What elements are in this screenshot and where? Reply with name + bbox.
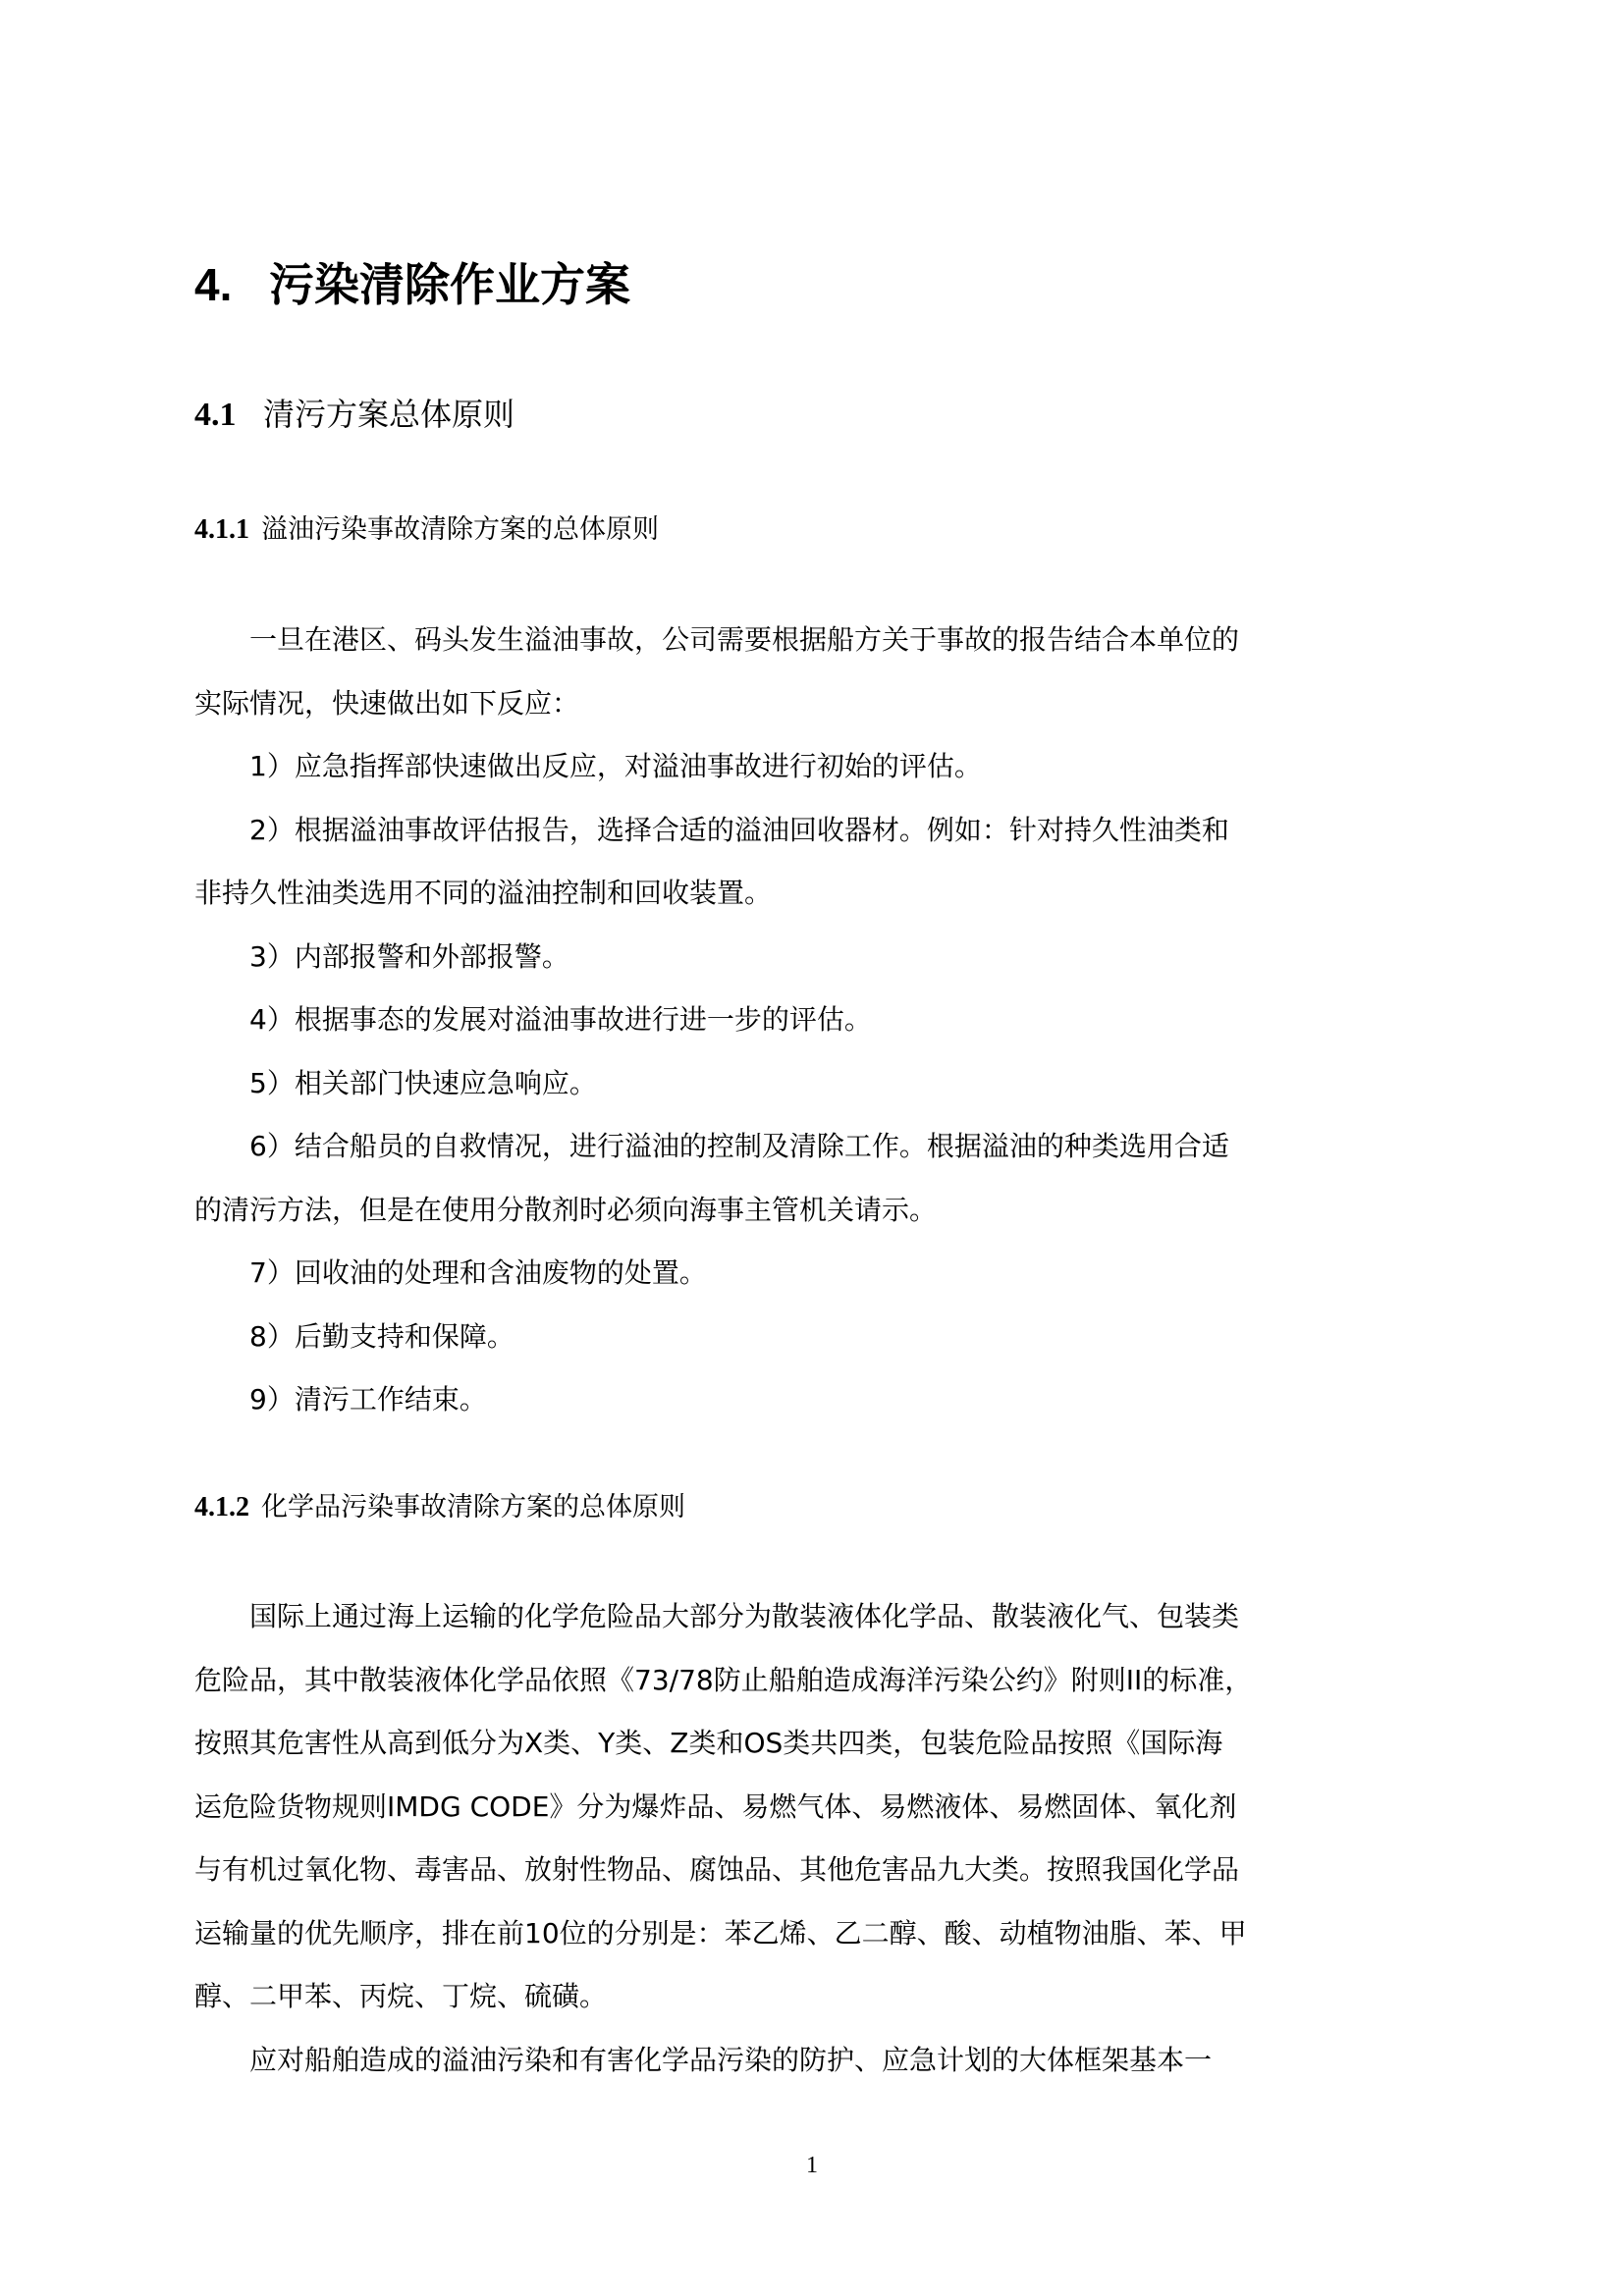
subsection-number: 4.1.2 xyxy=(194,1490,249,1525)
list-item: 4）根据事态的发展对溢油事故进行进一步的评估。 xyxy=(194,988,1434,1052)
list-item: 7）回收油的处理和含油废物的处置。 xyxy=(194,1242,1434,1306)
list-item: 6）结合船员的自救情况，进行溢油的控制及清除工作。根据溢油的种类选用合适 xyxy=(194,1115,1434,1179)
list-item: 9）清污工作结束。 xyxy=(194,1368,1434,1432)
document-page: 4.污染清除作业方案 4.1清污方案总体原则 4.1.1溢油污染事故清除方案的总… xyxy=(0,0,1624,2296)
list-item: 8）后勤支持和保障。 xyxy=(194,1306,1434,1369)
page-number: 1 xyxy=(0,2152,1624,2179)
body-line: 危险品，其中散装液体化学品依照《73/78防止船舶造成海洋污染公约》附则II的标… xyxy=(194,1649,1434,1713)
list-item: 3）内部报警和外部报警。 xyxy=(194,926,1434,989)
body-line: 实际情况，快速做出如下反应： xyxy=(194,672,1434,736)
chemical-principles-body: 国际上通过海上运输的化学危险品大部分为散装液体化学品、散装液化气、包装类 危险品… xyxy=(194,1585,1434,2092)
subsection-heading-4-1-2: 4.1.2化学品污染事故清除方案的总体原则 xyxy=(194,1490,685,1525)
oil-spill-principles-body: 一旦在港区、码头发生溢油事故，公司需要根据船方关于事故的报告结合本单位的 实际情… xyxy=(194,609,1434,1432)
chapter-number: 4. xyxy=(194,257,269,312)
list-item: 2）根据溢油事故评估报告，选择合适的溢油回收器材。例如：针对持久性油类和 xyxy=(194,799,1434,863)
body-line: 运输量的优先顺序，排在前10位的分别是：苯乙烯、乙二醇、酸、动植物油脂、苯、甲 xyxy=(194,1902,1434,1966)
list-item-continuation: 非持久性油类选用不同的溢油控制和回收装置。 xyxy=(194,862,1434,926)
list-item-continuation: 的清污方法，但是在使用分散剂时必须向海事主管机关请示。 xyxy=(194,1179,1434,1243)
body-line: 按照其危害性从高到低分为X类、Y类、Z类和OS类共四类，包装危险品按照《国际海 xyxy=(194,1712,1434,1776)
subsection-title: 化学品污染事故清除方案的总体原则 xyxy=(261,1492,685,1522)
list-item: 5）相关部门快速应急响应。 xyxy=(194,1052,1434,1116)
body-line: 醇、二甲苯、丙烷、丁烷、硫磺。 xyxy=(194,1965,1434,2029)
subsection-number: 4.1.1 xyxy=(194,512,249,548)
section-heading: 4.1清污方案总体原则 xyxy=(194,393,514,437)
body-line: 应对船舶造成的溢油污染和有害化学品污染的防护、应急计划的大体框架基本一 xyxy=(194,2029,1434,2093)
section-number: 4.1 xyxy=(194,394,263,437)
body-line: 一旦在港区、码头发生溢油事故，公司需要根据船方关于事故的报告结合本单位的 xyxy=(194,609,1434,672)
subsection-heading-4-1-1: 4.1.1溢油污染事故清除方案的总体原则 xyxy=(194,512,659,548)
list-item: 1）应急指挥部快速做出反应，对溢油事故进行初始的评估。 xyxy=(194,735,1434,799)
subsection-title: 溢油污染事故清除方案的总体原则 xyxy=(261,514,659,545)
chapter-heading: 4.污染清除作业方案 xyxy=(194,257,630,312)
section-title: 清污方案总体原则 xyxy=(263,396,514,433)
body-line: 与有机过氧化物、毒害品、放射性物品、腐蚀品、其他危害品九大类。按照我国化学品 xyxy=(194,1839,1434,1902)
body-line: 国际上通过海上运输的化学危险品大部分为散装液体化学品、散装液化气、包装类 xyxy=(194,1585,1434,1649)
chapter-title: 污染清除作业方案 xyxy=(269,259,630,310)
body-line: 运危险货物规则IMDG CODE》分为爆炸品、易燃气体、易燃液体、易燃固体、氧化… xyxy=(194,1776,1434,1840)
